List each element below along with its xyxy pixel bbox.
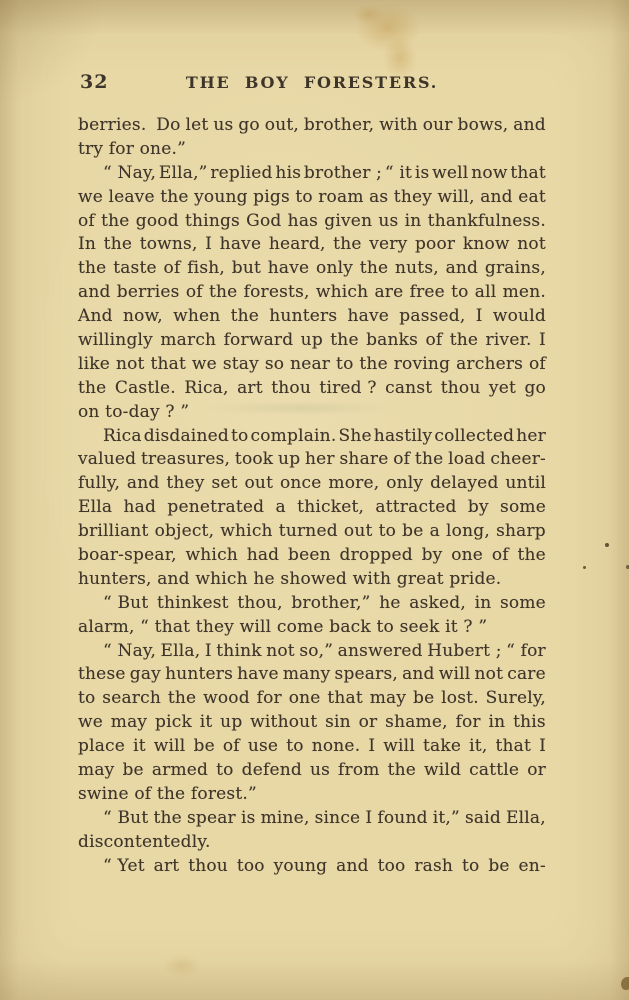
text-line: thesegayhuntershavemanyspears,andwillnot… xyxy=(78,663,546,687)
text-line: willinglymarchforwardupthebanksoftherive… xyxy=(78,329,546,353)
text-line: swine of the forest.” xyxy=(78,783,546,807)
text-line: placeitwillbeofusetonone.Iwilltakeit,tha… xyxy=(78,735,546,759)
page-header: 32 THE BOY FORESTERS. xyxy=(78,71,546,93)
text-block: berries.Doletusgoout,brother,withourbows… xyxy=(78,114,546,879)
text-line: on to-day ? ” xyxy=(78,401,546,425)
text-line: Andnow,whenthehuntershavepassed,Iwould xyxy=(78,305,546,329)
text-line: Inthetowns,Ihaveheard,theverypoorknownot xyxy=(78,233,546,257)
text-line: andberriesoftheforests,whicharefreetoall… xyxy=(78,281,546,305)
text-line: thetasteoffish,buthaveonlythenuts,andgra… xyxy=(78,257,546,281)
text-line: likenotthatwestaysoneartotherovingarcher… xyxy=(78,353,546,377)
text-line: berries.Doletusgoout,brother,withourbows… xyxy=(78,114,546,138)
text-line: “ Butthinkestthou,brother,”heasked,insom… xyxy=(78,592,546,616)
foxing-speck xyxy=(605,543,609,547)
text-line: valuedtreasures,tookuphershareoftheloadc… xyxy=(78,448,546,472)
text-line: Ellahadpenetratedathicket,attractedbysom… xyxy=(78,496,546,520)
corner-fold-mark xyxy=(621,977,629,990)
text-line: weleavetheyoungpigstoroamastheywill,ande… xyxy=(78,186,546,210)
text-line: tosearchthewoodforonethatmaybelost.Surel… xyxy=(78,687,546,711)
text-line: boar-spear,whichhadbeendroppedbyoneofthe xyxy=(78,544,546,568)
text-line: brilliantobject,whichturnedouttobealong,… xyxy=(78,520,546,544)
text-line: alarm, “ that they will come back to see… xyxy=(78,616,546,640)
text-line: maybearmedtodefendusfromthewildcattleor xyxy=(78,759,546,783)
text-line: “ Nay,Ella,”repliedhisbrother ;“ itiswel… xyxy=(78,162,546,186)
foxing-speck xyxy=(583,566,586,569)
text-line: hunters, and which he showed with great … xyxy=(78,568,546,592)
book-page-scan: 32 THE BOY FORESTERS. berries.Doletusgoo… xyxy=(0,0,629,1000)
text-line: Ricadisdainedtocomplain.Shehastilycollec… xyxy=(78,425,546,449)
text-line: try for one.” xyxy=(78,138,546,162)
text-line: discontentedly. xyxy=(78,831,546,855)
text-line: ofthegoodthingsGodhasgivenusinthankfulne… xyxy=(78,210,546,234)
text-line: “ Butthespearismine,sinceIfoundit,”saidE… xyxy=(78,807,546,831)
running-title: THE BOY FORESTERS. xyxy=(78,73,546,92)
text-line: “ Yetartthoutooyoungandtoorashtobeen- xyxy=(78,855,546,879)
text-line: theCastle.Rica,artthoutired ?canstthouye… xyxy=(78,377,546,401)
text-line: wemaypickitupwithoutsinorshame,forinthis xyxy=(78,711,546,735)
text-line: “ Nay,Ella,Ithinknotso,”answeredHubert ;… xyxy=(78,640,546,664)
text-line: fully,andtheysetoutoncemore,onlydelayedu… xyxy=(78,472,546,496)
